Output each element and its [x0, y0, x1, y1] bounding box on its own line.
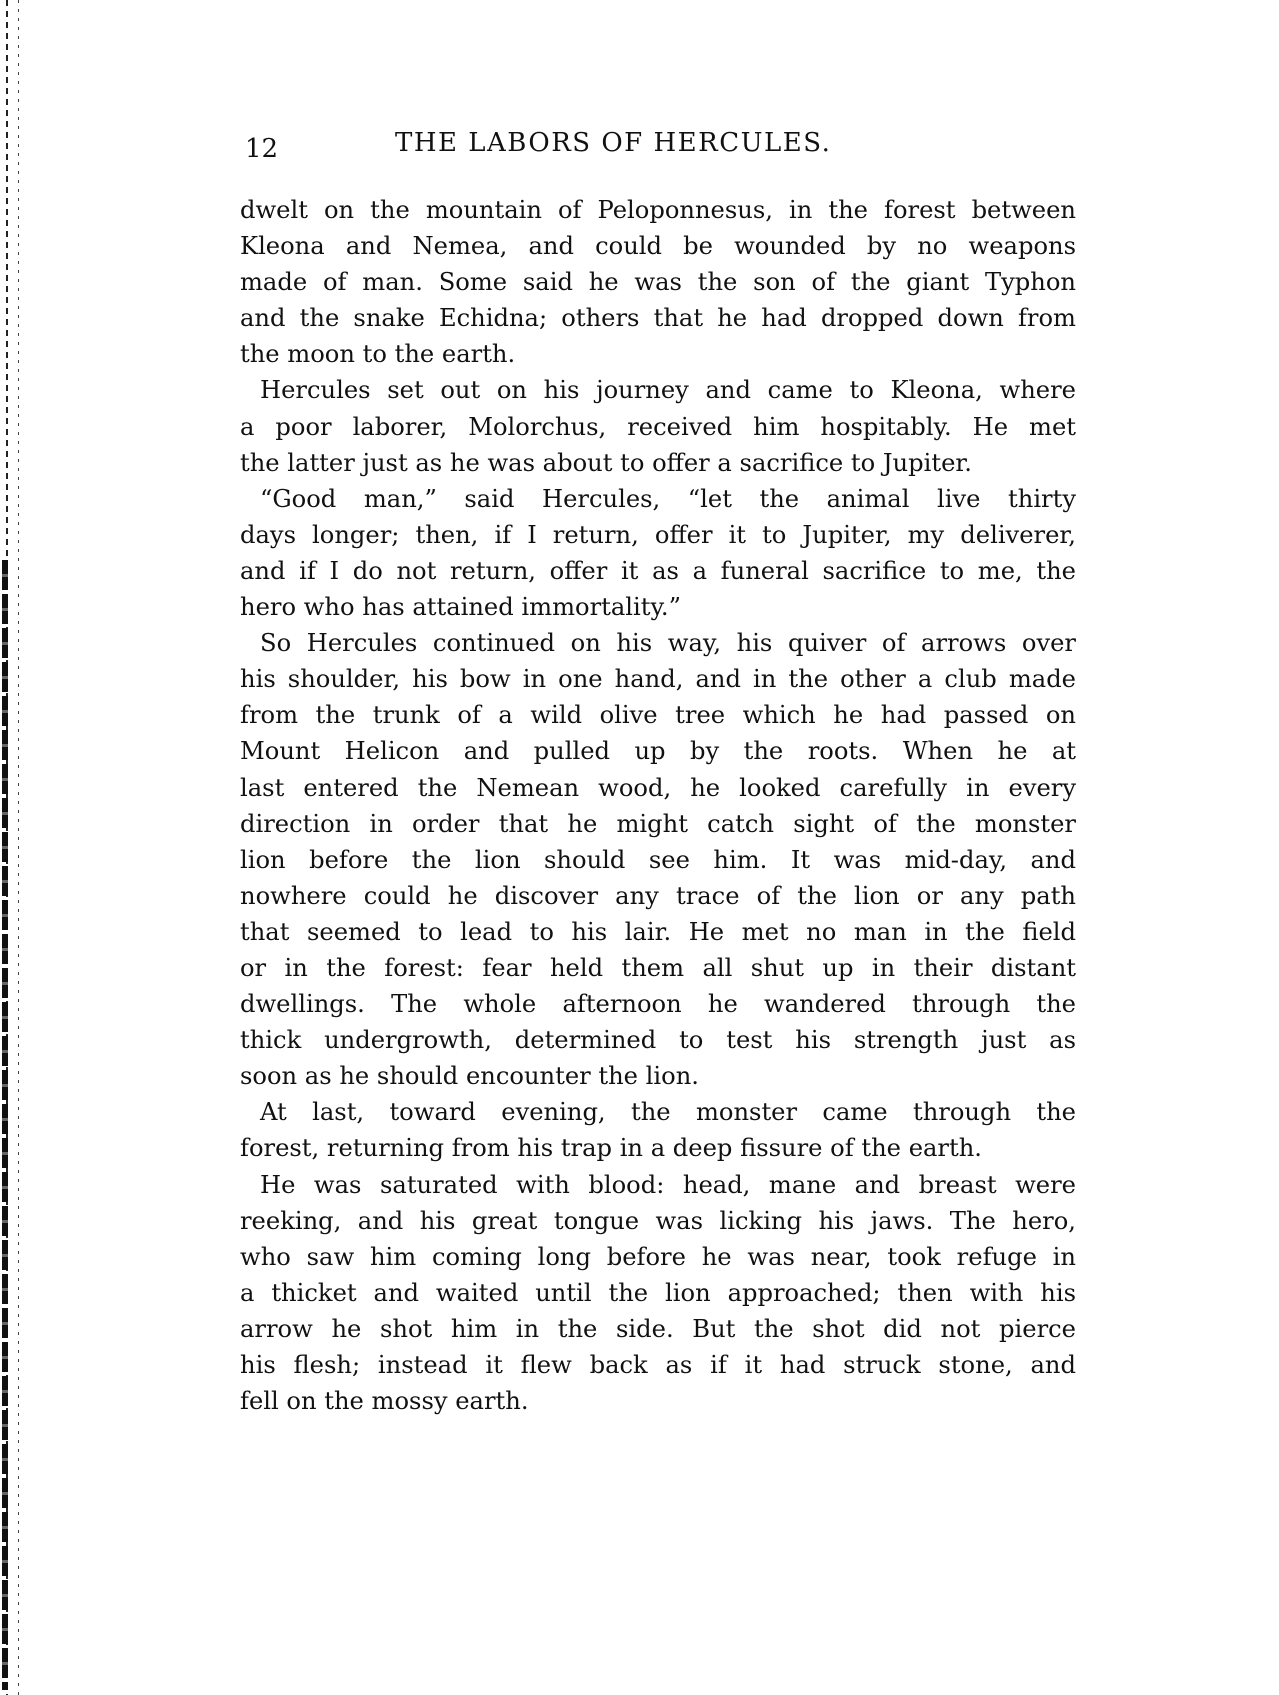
text-line: the latter just as he was about to offer…: [240, 445, 1076, 481]
text-line: the moon to the earth.: [240, 336, 1076, 372]
paragraph: dwelt on the mountain of Peloponnesus, i…: [240, 192, 1076, 372]
text-line: from the trunk of a wild olive tree whic…: [240, 697, 1076, 733]
text-line: last entered the Nemean wood, he looked …: [240, 770, 1076, 806]
text-line: a poor laborer, Molorchus, received him …: [240, 409, 1076, 445]
text-line: that seemed to lead to his lair. He met …: [240, 914, 1076, 950]
text-line: At last, toward evening, the monster cam…: [240, 1094, 1076, 1130]
paragraph: So Hercules continued on his way, his qu…: [240, 625, 1076, 1094]
text-line: dwellings. The whole afternoon he wander…: [240, 986, 1076, 1022]
text-line: or in the forest: fear held them all shu…: [240, 950, 1076, 986]
page-header: 12 THE LABORS OF HERCULES.: [245, 128, 1105, 168]
text-line: made of man. Some said he was the son of…: [240, 264, 1076, 300]
text-line: and the snake Echidna; others that he ha…: [240, 300, 1076, 336]
text-line: arrow he shot him in the side. But the s…: [240, 1311, 1076, 1347]
text-line: fell on the mossy earth.: [240, 1383, 1076, 1419]
text-line: Kleona and Nemea, and could be wounded b…: [240, 228, 1076, 264]
text-line: So Hercules continued on his way, his qu…: [240, 625, 1076, 661]
page-body: dwelt on the mountain of Peloponnesus, i…: [240, 192, 1076, 1419]
book-binding-edge: [0, 0, 26, 1695]
paragraph: Hercules set out on his journey and came…: [240, 372, 1076, 480]
text-line: hero who has attained immortality.”: [240, 589, 1076, 625]
text-line: “Good man,” said Hercules, “let the anim…: [240, 481, 1076, 517]
text-line: days longer; then, if I return, offer it…: [240, 517, 1076, 553]
paragraph: At last, toward evening, the monster cam…: [240, 1094, 1076, 1166]
text-line: He was saturated with blood: head, mane …: [240, 1167, 1076, 1203]
text-line: thick undergrowth, determined to test hi…: [240, 1022, 1076, 1058]
binding-shadow: [2, 560, 8, 1690]
text-line: and if I do not return, offer it as a fu…: [240, 553, 1076, 589]
binding-line: [18, 0, 19, 1695]
paragraph: “Good man,” said Hercules, “let the anim…: [240, 481, 1076, 625]
text-line: reeking, and his great tongue was lickin…: [240, 1203, 1076, 1239]
text-line: his shoulder, his bow in one hand, and i…: [240, 661, 1076, 697]
text-line: Hercules set out on his journey and came…: [240, 372, 1076, 408]
text-line: forest, returning from his trap in a dee…: [240, 1130, 1076, 1166]
text-line: Mount Helicon and pulled up by the roots…: [240, 733, 1076, 769]
text-line: soon as he should encounter the lion.: [240, 1058, 1076, 1094]
text-line: nowhere could he discover any trace of t…: [240, 878, 1076, 914]
text-line: his flesh; instead it flew back as if it…: [240, 1347, 1076, 1383]
text-line: lion before the lion should see him. It …: [240, 842, 1076, 878]
text-line: direction in order that he might catch s…: [240, 806, 1076, 842]
paragraph: He was saturated with blood: head, mane …: [240, 1167, 1076, 1420]
text-line: dwelt on the mountain of Peloponnesus, i…: [240, 192, 1076, 228]
page-number: 12: [245, 134, 278, 164]
running-head: THE LABORS OF HERCULES.: [395, 128, 831, 158]
text-line: a thicket and waited until the lion appr…: [240, 1275, 1076, 1311]
text-line: who saw him coming long before he was ne…: [240, 1239, 1076, 1275]
